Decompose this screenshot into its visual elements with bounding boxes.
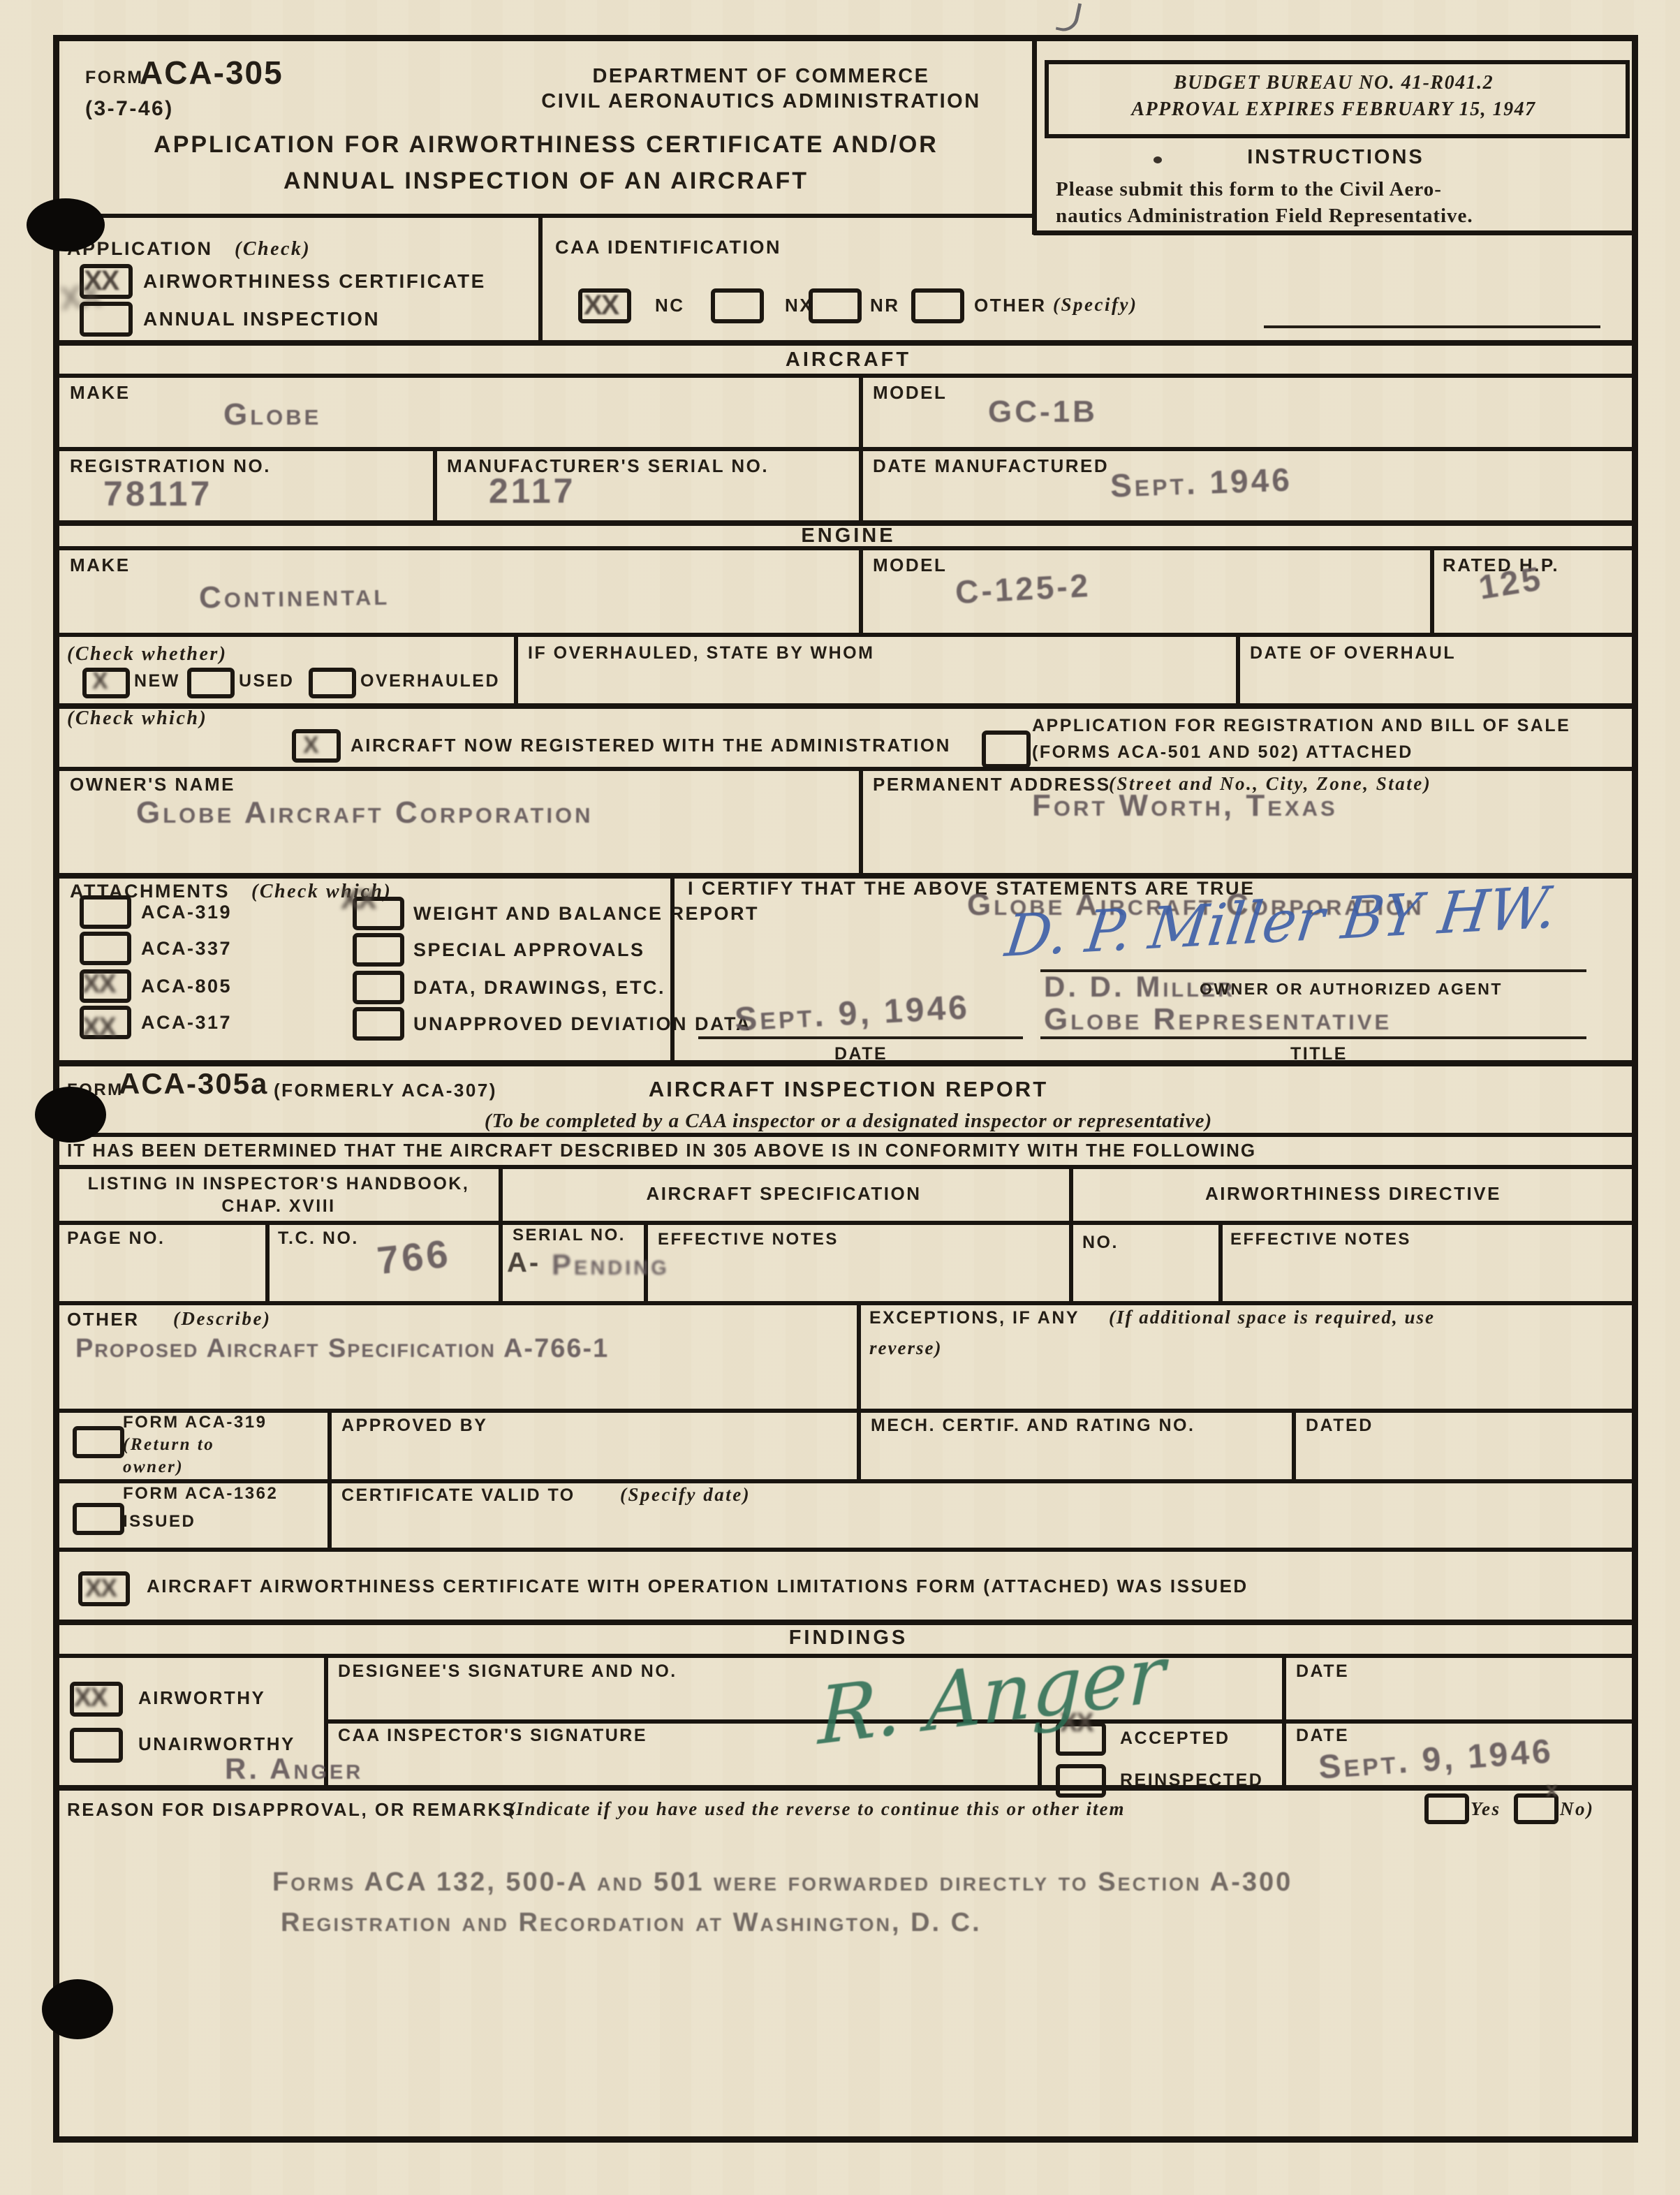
date-line[interactable]: [698, 1036, 1023, 1039]
divider: [59, 767, 1638, 771]
tc-no-value: 766: [375, 1234, 452, 1281]
application-check-hint: (Check): [235, 239, 311, 259]
unairworthy-label: UNAIRWORTHY: [138, 1735, 295, 1754]
caa-identification-label: CAA IDENTIFICATION: [555, 237, 781, 257]
engine-overhauled-label: OVERHAULED: [360, 672, 500, 690]
caa-inspector-name-stamp: R. Anger: [225, 1754, 363, 1784]
divider: [433, 447, 437, 520]
divider: [59, 1620, 1638, 1625]
remarks-hint: (Indicate if you have used the reverse t…: [508, 1799, 1125, 1819]
instructions-line1: Please submit this form to the Civil Aer…: [1056, 179, 1442, 200]
aircraft-make-value: Globe: [223, 399, 321, 430]
bill-of-sale-checkbox[interactable]: [982, 731, 1031, 768]
caa-other-checkbox[interactable]: [911, 288, 964, 323]
other-describe-value: Proposed Aircraft Specification A-766-1: [75, 1335, 609, 1362]
aircraft-model-value: GC-1B: [988, 397, 1098, 427]
registration-no-label: REGISTRATION NO.: [70, 457, 271, 476]
aca-317-label: ACA-317: [141, 1013, 232, 1032]
ad-effective-notes-label: EFFECTIVE NOTES: [1230, 1231, 1411, 1248]
divider: [59, 1301, 1638, 1305]
form-aca-1362-checkbox[interactable]: [73, 1503, 124, 1535]
cert-with-limitations-label: AIRCRAFT AIRWORTHINESS CERTIFICATE WITH …: [147, 1577, 1248, 1596]
data-drawings-label: DATA, DRAWINGS, ETC.: [413, 978, 665, 997]
divider: [59, 340, 1638, 346]
findings-section-header: FINDINGS: [59, 1627, 1638, 1648]
determination-statement: IT HAS BEEN DETERMINED THAT THE AIRCRAFT…: [67, 1141, 1256, 1160]
engine-new-mark: X: [92, 669, 107, 693]
divider: [1430, 546, 1434, 633]
remarks-no-label: No): [1560, 1799, 1595, 1819]
airworthy-mark: XX: [74, 1684, 107, 1711]
certificate-valid-to-label: CERTIFICATE VALID TO: [341, 1486, 575, 1504]
department-line2: CIVIL AERONAUTICS ADMINISTRATION: [489, 91, 1033, 112]
bill-of-sale-label-line2: (FORMS ACA-501 AND 502) ATTACHED: [1032, 743, 1413, 761]
weight-balance-label: WEIGHT AND BALANCE REPORT: [413, 904, 759, 923]
cert-with-limitations-mark: XX: [85, 1576, 116, 1601]
airworthiness-certificate-label: AIRWORTHINESS CERTIFICATE: [143, 271, 486, 291]
engine-model-label: MODEL: [873, 556, 947, 575]
divider: [59, 1479, 1638, 1483]
remarks-body-line2: Registration and Recordation at Washingt…: [281, 1909, 982, 1936]
instructions-title: INSTRUCTIONS: [1033, 147, 1638, 168]
remarks-yes-label: Yes: [1471, 1799, 1501, 1819]
divider: [859, 374, 863, 447]
divider: [857, 1301, 861, 1409]
aca-337-label: ACA-337: [141, 939, 232, 958]
divider: [59, 1785, 1638, 1791]
caa-inspector-signature-label: CAA INSPECTOR'S SIGNATURE: [338, 1726, 647, 1745]
remarks-body-line1: Forms ACA 132, 500-A and 501 were forwar…: [272, 1869, 1292, 1895]
unapproved-deviation-label: UNAPPROVED DEVIATION DATA: [413, 1014, 751, 1034]
airworthy-label: AIRWORTHY: [138, 1689, 265, 1708]
inspection-report-subtitle: (To be completed by a CAA inspector or a…: [59, 1110, 1638, 1131]
divider: [1032, 39, 1037, 235]
registered-label: AIRCRAFT NOW REGISTERED WITH THE ADMINIS…: [351, 736, 951, 755]
mfr-serial-value: 2117: [489, 473, 575, 508]
overhauled-by-whom-label: IF OVERHAULED, STATE BY WHOM: [528, 644, 874, 662]
divider: [859, 447, 863, 520]
aca-319-checkbox[interactable]: [80, 895, 131, 929]
reinspected-checkbox[interactable]: [1056, 1764, 1106, 1798]
form-aca-319-return-line1: (Return to: [123, 1436, 214, 1454]
engine-check-whether-hint: (Check whether): [67, 644, 228, 664]
spec-serial-typed: A-: [507, 1249, 540, 1277]
divider: [59, 1165, 1638, 1169]
handbook-header-line2: CHAP. XVIII: [59, 1197, 499, 1215]
aircraft-spec-header: AIRCRAFT SPECIFICATION: [499, 1184, 1069, 1203]
remarks-label: REASON FOR DISAPPROVAL, OR REMARKS: [67, 1800, 517, 1819]
divider: [59, 1060, 1638, 1066]
mech-certif-label: MECH. CERTIF. AND RATING NO.: [871, 1416, 1195, 1434]
form-aca-319-label: FORM ACA-319: [123, 1414, 267, 1431]
budget-bureau-number: BUDGET BUREAU NO. 41-R041.2: [1047, 73, 1620, 93]
remarks-yes-checkbox[interactable]: [1424, 1793, 1469, 1824]
punch-hole-top: [27, 198, 105, 251]
aca-805-label: ACA-805: [141, 976, 232, 996]
engine-model-value: C-125-2: [955, 569, 1091, 608]
aircraft-model-label: MODEL: [873, 383, 947, 402]
engine-overhauled-checkbox[interactable]: [309, 668, 356, 698]
divider: [1236, 633, 1240, 703]
divider: [1218, 1221, 1223, 1301]
owners-name-label: OWNER'S NAME: [70, 775, 235, 794]
form-title-line1: APPLICATION FOR AIRWORTHINESS CERTIFICAT…: [59, 133, 1033, 158]
title-line[interactable]: [1040, 1036, 1586, 1039]
divider: [59, 447, 1638, 451]
data-drawings-checkbox[interactable]: [353, 971, 404, 1004]
certify-title-value: Globe Representative: [1044, 1004, 1392, 1035]
designee-signature-label: DESIGNEE'S SIGNATURE AND NO.: [338, 1662, 677, 1680]
divider: [59, 214, 1033, 218]
aca-317-mark: XX: [82, 1014, 115, 1041]
scanned-form-aca-305: FORM ACA-305 (3-7-46) DEPARTMENT OF COMM…: [0, 0, 1680, 2195]
divider: [857, 1409, 861, 1479]
engine-used-checkbox[interactable]: [187, 668, 235, 698]
divider: [59, 633, 1638, 637]
form-title-line2: ANNUAL INSPECTION OF AN AIRCRAFT: [59, 169, 1033, 194]
remarks-no-mark: x: [1546, 1779, 1556, 1800]
unapproved-deviation-checkbox[interactable]: [353, 1007, 404, 1041]
divider: [265, 1221, 270, 1301]
date-of-overhaul-label: DATE OF OVERHAUL: [1250, 644, 1456, 662]
divider: [1033, 230, 1638, 235]
aca-337-checkbox[interactable]: [80, 932, 131, 965]
caa-other-specify-line[interactable]: [1264, 325, 1600, 328]
caa-nr-label: NR: [870, 296, 900, 315]
dated-label: DATED: [1306, 1416, 1373, 1434]
department-line1: DEPARTMENT OF COMMERCE: [489, 66, 1033, 87]
handbook-header-line1: LISTING IN INSPECTOR'S HANDBOOK,: [59, 1175, 499, 1193]
page-no-label: PAGE NO.: [67, 1229, 165, 1247]
approved-by-label: APPROVED BY: [341, 1416, 487, 1434]
engine-make-value: Continental: [199, 580, 390, 614]
engine-new-label: NEW: [134, 672, 180, 690]
accepted-label: ACCEPTED: [1120, 1729, 1230, 1747]
divider: [59, 1221, 1638, 1225]
form-number: ACA-305: [140, 56, 283, 89]
owner-or-agent-label: OWNER OR AUTHORIZED AGENT: [1200, 981, 1503, 997]
divider: [327, 1479, 332, 1548]
registration-no-value: 78117: [103, 476, 212, 511]
divider: [59, 703, 1638, 709]
owners-name-value: Globe Aircraft Corporation: [136, 798, 594, 828]
divider: [670, 873, 675, 1060]
exceptions-hint-line2: reverse): [869, 1338, 942, 1358]
punch-hole-bottom: [42, 1979, 113, 2039]
form-revision: (3-7-46): [85, 98, 174, 120]
stray-ink-mark: [1056, 0, 1082, 34]
tc-no-label: T.C. NO.: [278, 1229, 359, 1247]
form-aca-319-checkbox[interactable]: [73, 1426, 124, 1458]
caa-other-label: OTHER: [974, 296, 1047, 315]
divider: [1292, 1409, 1296, 1479]
other-describe-hint: (Describe): [173, 1309, 271, 1328]
budget-approval-expires: APPROVAL EXPIRES FEBRUARY 15, 1947: [1047, 99, 1620, 119]
aca-319-label: ACA-319: [141, 902, 232, 922]
form-aca-319-return-line2: owner): [123, 1458, 184, 1476]
spec-serial-pending-stamp: Pending: [552, 1250, 670, 1279]
divider: [859, 767, 863, 873]
weight-balance-mark: XX: [341, 886, 375, 913]
aca-805-mark: XX: [82, 971, 115, 997]
annual-inspection-label: ANNUAL INSPECTION: [143, 309, 380, 329]
exceptions-hint-line1: (If additional space is required, use: [1109, 1307, 1435, 1327]
instructions-line2: nautics Administration Field Representat…: [1056, 205, 1473, 226]
other-describe-label: OTHER: [67, 1310, 140, 1329]
divider: [327, 1409, 332, 1479]
divider: [1282, 1719, 1286, 1785]
aircraft-section-header: AIRCRAFT: [59, 349, 1638, 370]
form-aca-1362-label: FORM ACA-1362: [123, 1485, 278, 1502]
form-aca-1362-issued-label: ISSUED: [123, 1513, 196, 1530]
caa-other-specify-hint: (Specify): [1053, 295, 1137, 314]
divider: [859, 546, 863, 633]
divider: [59, 1409, 1638, 1413]
punch-hole-middle: [35, 1087, 106, 1143]
divider: [538, 214, 543, 340]
divider: [59, 1548, 1638, 1552]
designee-date-label: DATE: [1296, 1662, 1349, 1680]
inspector-date-label: DATE: [1296, 1726, 1349, 1745]
special-approvals-label: SPECIAL APPROVALS: [413, 940, 645, 960]
caa-nr-checkbox[interactable]: [809, 288, 862, 323]
registered-mark: X: [303, 733, 318, 757]
engine-used-label: USED: [239, 672, 294, 690]
bill-of-sale-label-line1: APPLICATION FOR REGISTRATION AND BILL OF…: [1032, 717, 1570, 735]
divider: [59, 1654, 1638, 1658]
spec-serial-no-label: SERIAL NO.: [513, 1226, 626, 1244]
date-manufactured-label: DATE MANUFACTURED: [873, 457, 1109, 476]
ad-no-label: NO.: [1082, 1233, 1119, 1251]
unairworthy-checkbox[interactable]: [70, 1728, 123, 1763]
spec-effective-notes-label: EFFECTIVE NOTES: [658, 1231, 839, 1248]
special-approvals-checkbox[interactable]: [353, 933, 404, 967]
aircraft-make-label: MAKE: [70, 383, 131, 402]
caa-nx-checkbox[interactable]: [711, 288, 764, 323]
registration-check-which-hint: (Check which): [67, 708, 207, 728]
divider: [514, 633, 518, 703]
inspection-report-title: AIRCRAFT INSPECTION REPORT: [59, 1078, 1638, 1101]
date-manufactured-value: Sept. 1946: [1110, 463, 1292, 501]
divider: [59, 1133, 1638, 1137]
exceptions-label: EXCEPTIONS, IF ANY: [869, 1309, 1080, 1327]
caa-nc-label: NC: [655, 296, 685, 315]
caa-nc-mark: XX: [584, 291, 618, 319]
permanent-address-value: Fort Worth, Texas: [1032, 791, 1338, 821]
engine-section-header: ENGINE: [59, 525, 1638, 546]
engine-make-label: MAKE: [70, 556, 131, 575]
divider: [59, 374, 1638, 378]
certificate-valid-to-hint: (Specify date): [620, 1485, 751, 1504]
form-number-prefix: FORM: [85, 68, 144, 87]
annual-inspection-checkbox[interactable]: [80, 302, 133, 337]
airworthiness-directive-header: AIRWORTHINESS DIRECTIVE: [1069, 1184, 1637, 1203]
divider: [59, 546, 1638, 550]
